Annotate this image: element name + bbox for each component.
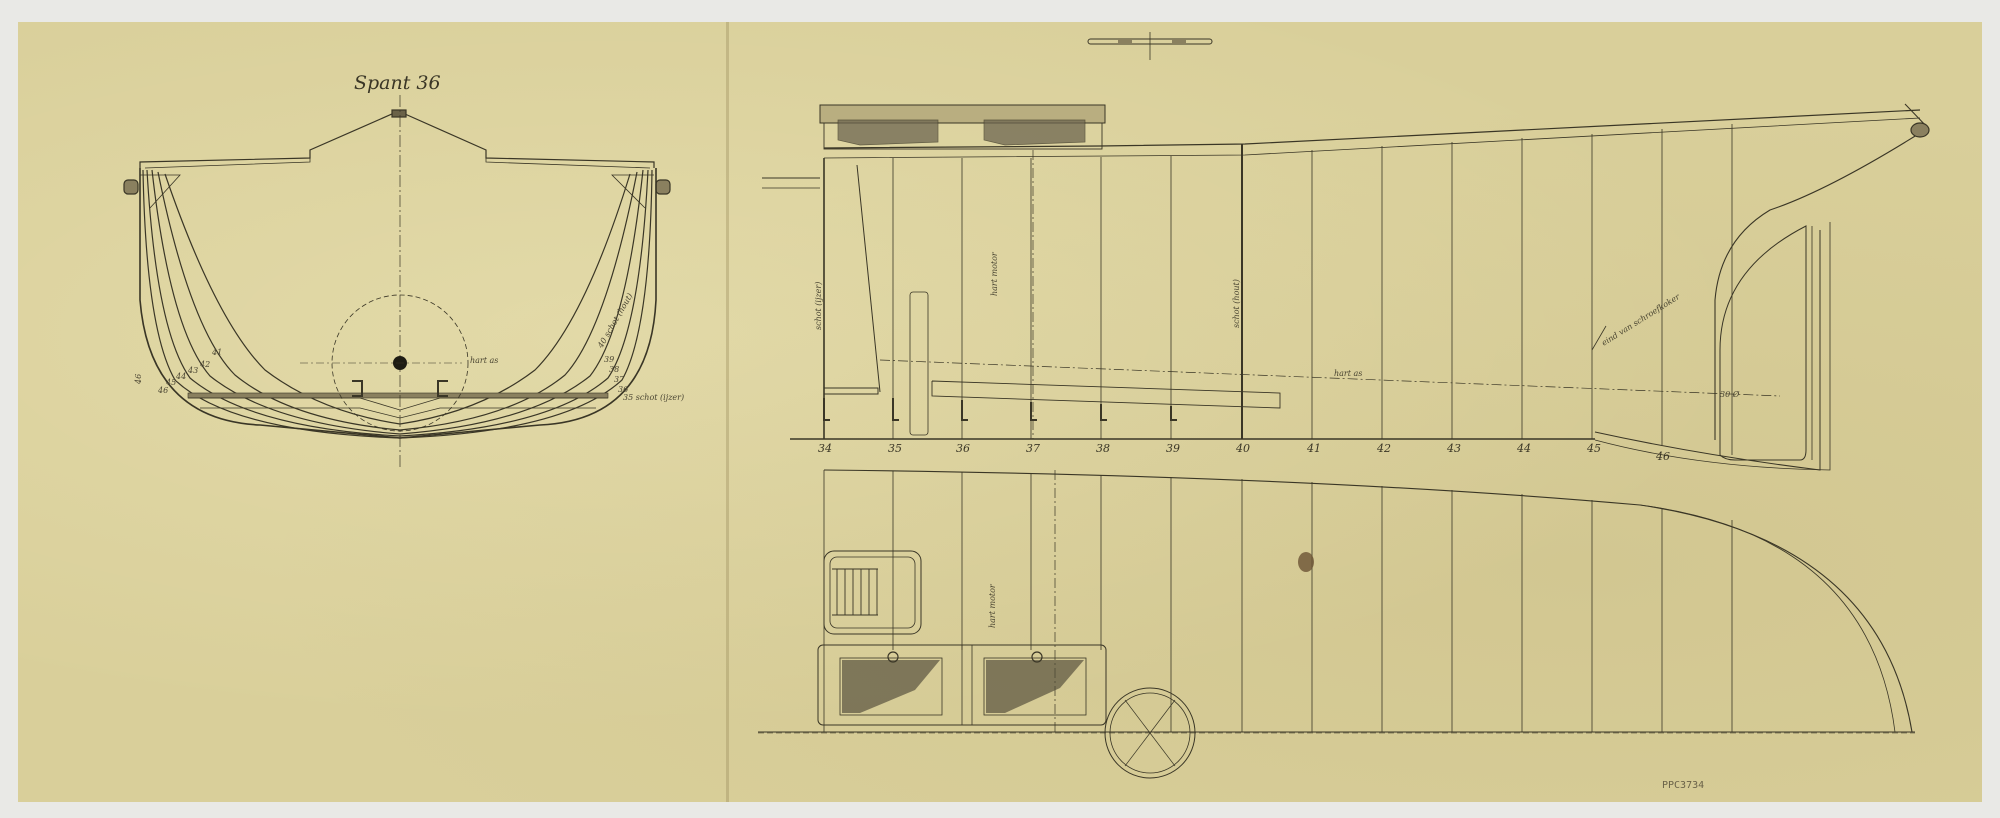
plan-motor-label: hart motor <box>988 584 997 628</box>
station-label: 38 <box>1096 442 1110 455</box>
section-shaft-label: hart as <box>470 356 498 365</box>
section-edge-label: 46 <box>134 374 143 384</box>
station-label: 36 <box>956 442 970 455</box>
station-label: 43 <box>1447 442 1461 455</box>
section-frame-label: 43 <box>188 366 198 375</box>
shaft-dimension: 30 Ø <box>1720 390 1739 399</box>
station-label: 42 <box>1377 442 1391 455</box>
station-label: 34 <box>818 442 832 455</box>
ship-drawing <box>0 0 2000 818</box>
section-frame-label: 39 <box>604 355 614 364</box>
flagstaff <box>1088 32 1212 60</box>
section-frame-label: 46 <box>158 386 168 395</box>
station-label: 44 <box>1517 442 1531 455</box>
station-label: 45 <box>1587 442 1601 455</box>
section-frame-label: 41 <box>212 348 222 357</box>
section-frame-label: 42 <box>200 360 210 369</box>
frame-section-view <box>124 95 670 470</box>
section-title: Spant 36 <box>354 72 441 94</box>
archive-stamp: PPC3734 <box>1662 780 1704 791</box>
plan-view <box>758 470 1915 778</box>
profile-view <box>762 32 1929 470</box>
fwd-bulkhead-label: schot (hout) <box>1232 279 1241 328</box>
profile-motor-label: hart motor <box>990 252 999 296</box>
station-label: 37 <box>1026 442 1040 455</box>
station-label: 35 <box>888 442 902 455</box>
station-label: 41 <box>1307 442 1321 455</box>
station-label: 40 <box>1236 442 1250 455</box>
section-frame-label: 38 <box>609 365 619 374</box>
aft-bulkhead-label: schot (ijzer) <box>814 282 823 330</box>
section-frame-label: 37 <box>614 375 624 384</box>
station-label: 46 <box>1656 450 1670 463</box>
section-frame-label: 35 schot (ijzer) <box>623 393 684 402</box>
section-frame-label: 44 <box>176 372 186 381</box>
profile-shaft-label: hart as <box>1334 369 1362 378</box>
station-label: 39 <box>1166 442 1180 455</box>
